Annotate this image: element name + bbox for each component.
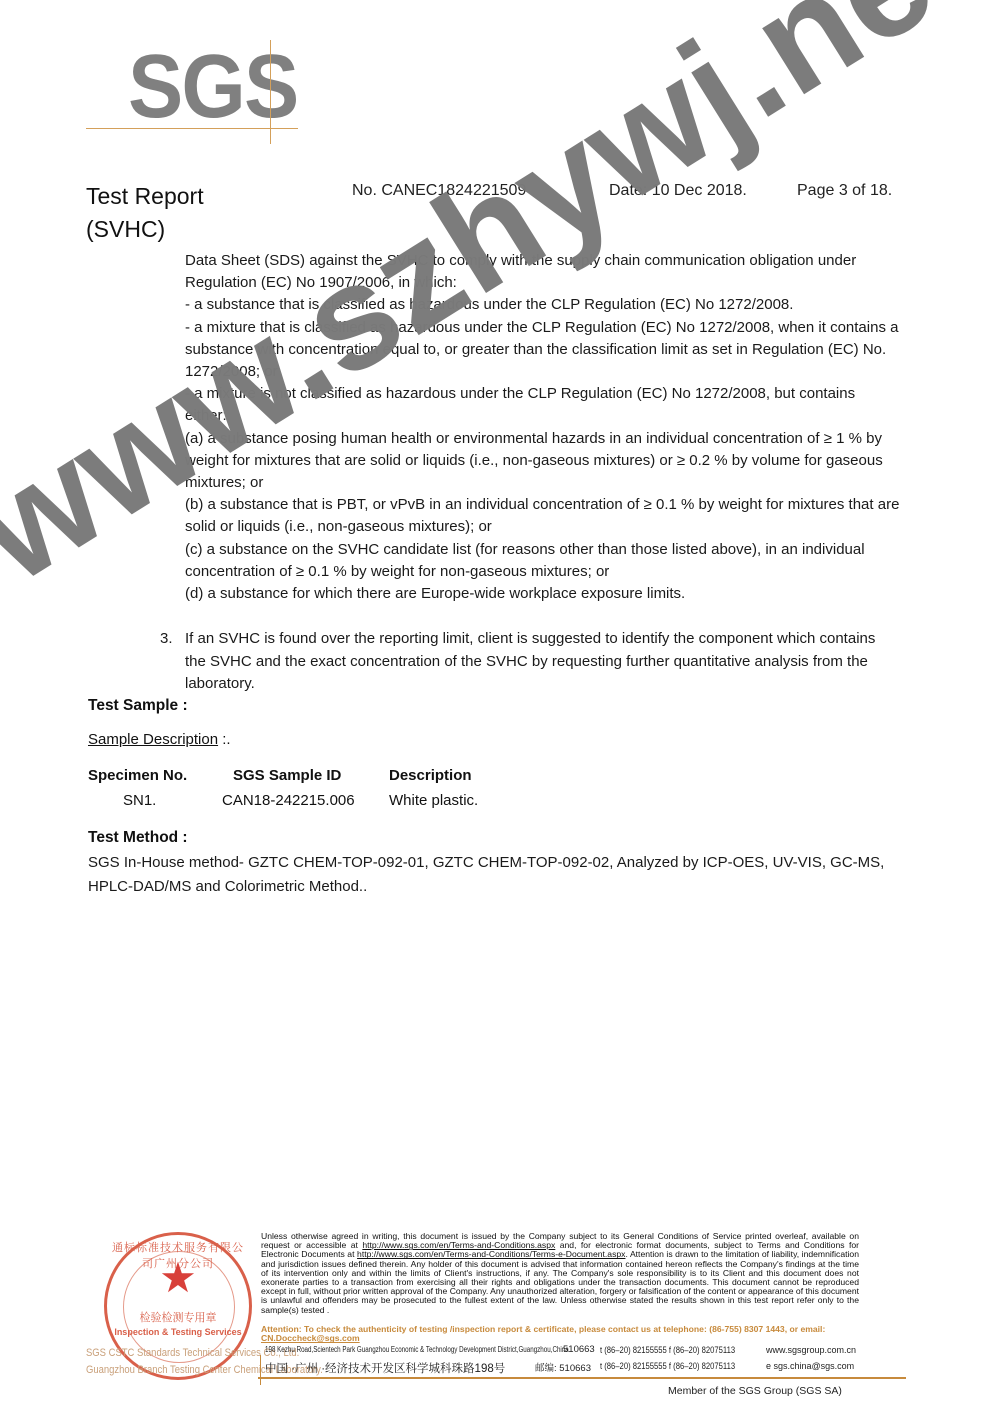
description-cell: White plastic. (389, 792, 478, 809)
postcode-cn: 邮编: 510663 (535, 1360, 591, 1374)
stamp-cn-text: 检验检测专用章 (107, 1309, 249, 1325)
address-cn: 中国 ·广州 ·经济技术开发区科学城科珠路198号 (265, 1360, 505, 1376)
logo-vertical-rule (270, 40, 271, 144)
report-title: Test Report (86, 180, 204, 212)
stamp-en-text: Inspection & Testing Services (107, 1327, 249, 1337)
sample-description-suffix: :. (218, 731, 231, 748)
logo-horizontal-rule (86, 128, 298, 129)
footer-horizontal-rule (258, 1377, 906, 1379)
disclaimer-text: . Attention is drawn to the limitation o… (261, 1249, 859, 1314)
postcode-en: 510663 (563, 1344, 595, 1355)
legal-disclaimer: Unless otherwise agreed in writing, this… (261, 1232, 859, 1315)
address-en: 198 Kezhu Road,Scientech Park Guangzhou … (265, 1345, 569, 1354)
logo-text: SGS (128, 42, 297, 132)
paragraph: (c) a substance on the SVHC candidate li… (185, 539, 900, 583)
paragraph: (d) a substance for which there are Euro… (185, 583, 900, 605)
star-icon: ★ (107, 1257, 249, 1299)
paragraph: (b) a substance that is PBT, or vPvB in … (185, 494, 900, 538)
tel-fax: t (86–20) 82155555 f (86–20) 82075113 (600, 1345, 735, 1355)
note-3: 3. If an SVHC is found over the reportin… (160, 628, 900, 696)
doccheck-email-link[interactable]: CN.Doccheck@sgs.com (261, 1333, 360, 1343)
column-header: Specimen No. (88, 767, 187, 784)
column-header: SGS Sample ID (233, 767, 341, 784)
member-statement: Member of the SGS Group (SGS SA) (668, 1385, 842, 1397)
column-header: Description (389, 767, 472, 784)
sample-id-cell: CAN18-242215.006 (222, 792, 355, 809)
test-method-text: SGS In-House method- GZTC CHEM-TOP-092-0… (88, 851, 888, 899)
footer-vertical-rule (260, 1355, 261, 1385)
test-sample-heading: Test Sample : (88, 697, 188, 715)
website-link[interactable]: www.sgsgroup.com.cn (766, 1345, 856, 1355)
specimen-no-cell: SN1. (123, 792, 156, 809)
sample-description-label: Sample Description (88, 731, 218, 748)
test-method-heading: Test Method : (88, 829, 188, 847)
note-text: If an SVHC is found over the reporting l… (185, 628, 900, 696)
email-link[interactable]: e sgs.china@sgs.com (766, 1361, 854, 1371)
page-number: Page 3 of 18. (797, 182, 892, 200)
authenticity-notice: Attention: To check the authenticity of … (261, 1325, 861, 1344)
sample-description: Sample Description :. (88, 731, 231, 748)
report-subtitle: (SVHC) (86, 213, 165, 245)
note-number: 3. (160, 628, 173, 651)
tel-fax: t (86–20) 82155555 f (86–20) 82075113 (600, 1361, 735, 1371)
sgs-logo: SGS (86, 40, 300, 150)
